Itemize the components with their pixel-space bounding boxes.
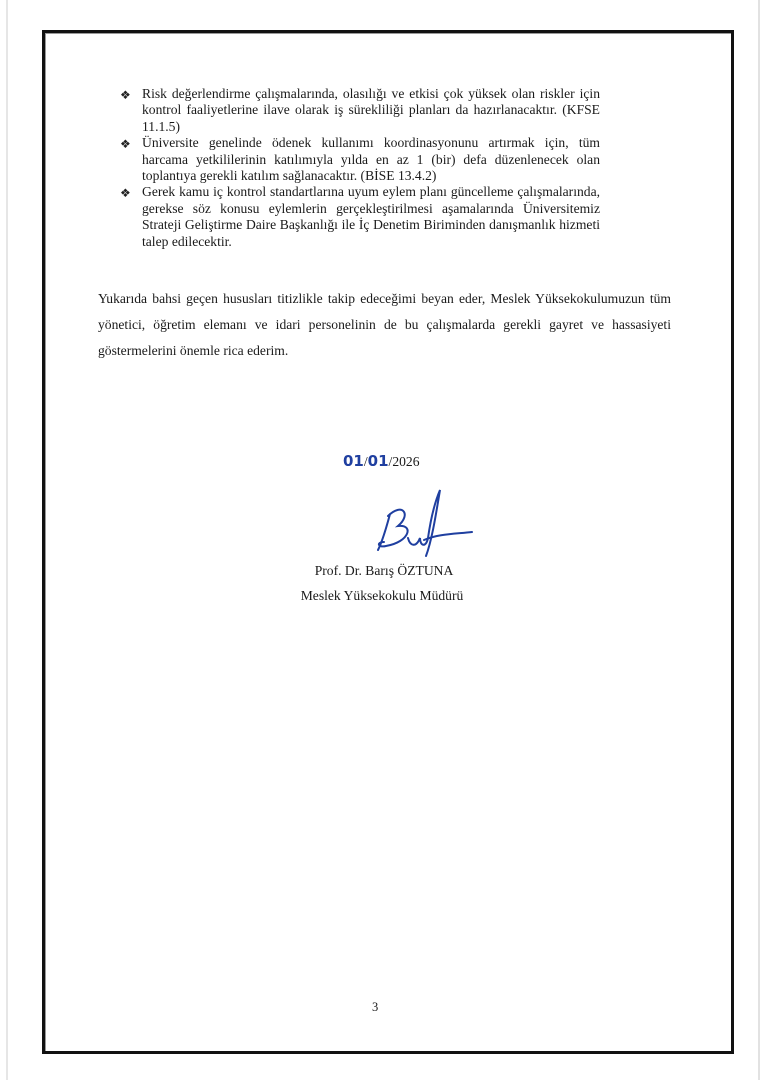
date-year: 2026 <box>392 454 419 469</box>
signer-name: Prof. Dr. Barış ÖZTUNA <box>315 563 454 579</box>
diamond-dots-icon: ❖ <box>120 136 131 152</box>
date-month: 01 <box>368 452 389 470</box>
date-day: 01 <box>343 452 364 470</box>
closing-text: Yukarıda bahsi geçen hususları titizlikl… <box>98 286 671 364</box>
signer-title: Meslek Yüksekokulu Müdürü <box>301 588 464 604</box>
page-number: 3 <box>372 1000 378 1015</box>
bullet-item: ❖ Gerek kamu iç kontrol standartlarına u… <box>120 184 600 250</box>
closing-paragraph: Yukarıda bahsi geçen hususları titizlikl… <box>98 286 671 364</box>
bullet-item: ❖ Risk değerlendirme çalışmalarında, ola… <box>120 86 600 135</box>
signature-image <box>368 484 478 564</box>
scan-edge-right <box>758 0 760 1080</box>
bullet-text: Gerek kamu iç kontrol standartlarına uyu… <box>142 184 600 248</box>
bullet-text: Üniversite genelinde ödenek kullanımı ko… <box>142 135 600 183</box>
date-line: 01/01/2026 <box>343 452 420 470</box>
diamond-dots-icon: ❖ <box>120 185 131 201</box>
bullet-list: ❖ Risk değerlendirme çalışmalarında, ola… <box>120 86 600 250</box>
bullet-text: Risk değerlendirme çalışmalarında, olası… <box>142 86 600 134</box>
diamond-dots-icon: ❖ <box>120 87 131 103</box>
scan-edge-left <box>6 0 8 1080</box>
bullet-item: ❖ Üniversite genelinde ödenek kullanımı … <box>120 135 600 184</box>
